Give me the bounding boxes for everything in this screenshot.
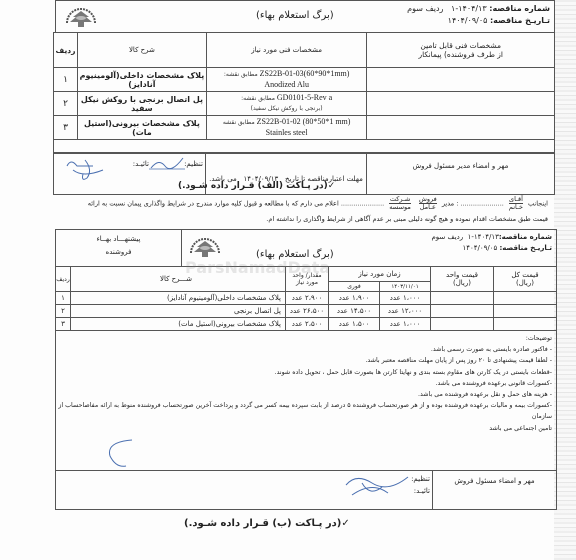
approved-label: تائیـد:	[414, 487, 430, 495]
table-row: ۱،۰۰۰ عدد ۱،۵۰۰ عدد ۲،۵۰۰ عدد پلاک مشخصا…	[56, 318, 557, 331]
note-item: - هزینه های حمل و نقل برعهده فروشنده می …	[56, 389, 552, 400]
note-item: -کسورات قانونی برعهده فروشنده می باشد.	[56, 378, 552, 389]
tech-spec-cell: GD0101-5-Rev a مطابق نقشه:(برنجی با روکش…	[206, 92, 367, 116]
supplier-spec-cell[interactable]	[367, 116, 555, 140]
description-cell: پلاک مشخصات داخلی(آلومینیوم آنادایز)	[78, 68, 207, 92]
note-item: - لطفا قیمت پیشنهادی تا ۲۰ روز پس از پای…	[56, 355, 552, 366]
table-row: GD0101-5-Rev a مطابق نقشه:(برنجی با روکش…	[54, 92, 555, 116]
dated-qty-cell: ۱۲،۰۰۰ عدد	[380, 305, 431, 318]
price-inquiry-form-a: شماره مناقصه: ۱۴۰۴/۱۳-۱ ردیف سوم تـاریـخ…	[55, 0, 555, 195]
note-item: - فاکتور صادره بایستی به صورت رسمی باشد.	[56, 344, 552, 355]
tender-date-label: تـاریـخ مناقصه:	[490, 16, 550, 25]
urgent-qty-cell: ۱،۵۰۰ عدد	[329, 318, 380, 331]
table-row: ZS22B-01-03(60*90*1mm) مطابق نقشه:Anodiz…	[54, 68, 555, 92]
approval-cell: تنظیم: تائیـد:	[56, 471, 433, 510]
tender-date: ۱۴۰۴/۰۹/۰۵	[448, 16, 488, 25]
form-a-header: شماره مناقصه: ۱۴۰۴/۱۳-۱ ردیف سوم تـاریـخ…	[55, 0, 555, 32]
tech-spec-cell: ZS22B-01-02 (80*50*1 mm) مطابق نقشهStain…	[206, 116, 367, 140]
supplier-spec-cell[interactable]	[367, 68, 555, 92]
row-label: ردیف سوم	[407, 4, 443, 13]
notes-section: توضیحات: - فاکتور صادره بایستی به صورت ر…	[55, 331, 557, 471]
company-logo-icon	[64, 3, 98, 31]
tech-spec-cell: ZS22B-01-03(60*90*1mm) مطابق نقشه:Anodiz…	[206, 68, 367, 92]
index-cell: ۱	[56, 292, 71, 305]
signature-icon	[342, 471, 412, 503]
description-cell: پل اتصال برنجی با روکش نیکل سفید	[78, 92, 207, 116]
index-cell: ۳	[56, 318, 71, 331]
col-total-price: قیمت کل(ریال)	[494, 267, 557, 292]
form-a-meta: شماره مناقصه: ۱۴۰۴/۱۳-۱ ردیف سوم تـاریـخ…	[407, 3, 550, 27]
sales-manager-seal: مهر و امضاء مدیر مسئول فروش	[367, 154, 555, 195]
description-cell: پلاک مشخصات بیرونی(استیل مات)	[71, 318, 286, 331]
signature-loop-icon	[102, 438, 136, 468]
declaration-line2: قیمت طبق مشخصات اقدام نموده و هیچ گونه د…	[266, 214, 548, 225]
col-index: ردیف	[56, 267, 71, 292]
index-cell: ۱	[54, 68, 78, 92]
qty-cell: ۲،۹۰۰ عدد	[286, 292, 329, 305]
sales-manager-seal: مهر و امضاء مسئول فروش	[433, 471, 557, 510]
note-item: -کسورات بیمه و مالیات برعهده فروشنده بود…	[56, 400, 552, 422]
urgent-qty-cell: ۱،۹۰۰ عدد	[329, 292, 380, 305]
note-item: -قطعات بایستی در یک کارتن های مقاوم بسته…	[56, 367, 552, 378]
scan-edge	[554, 0, 576, 560]
description-cell: پل اتصال برنجی	[71, 305, 286, 318]
col-index: ردیف	[54, 33, 78, 68]
col-delivery-time: زمان مورد نیاز	[329, 267, 431, 282]
prepared-label: تنظیم:	[411, 475, 430, 483]
approved-label: تائیـد:	[133, 160, 149, 168]
prepared-label: تنظیم:	[184, 160, 203, 168]
total-price-cell[interactable]	[494, 305, 557, 318]
total-price-cell[interactable]	[494, 318, 557, 331]
tender-document-page: شماره مناقصه: ۱۴۰۴/۱۳-۱ ردیف سوم تـاریـخ…	[0, 0, 576, 560]
company-logo-icon	[188, 233, 222, 261]
total-price-cell[interactable]	[494, 292, 557, 305]
col-tech-spec: مشخصات فنی مورد نیاز	[206, 33, 367, 68]
signature-icon	[63, 156, 113, 184]
form-b-meta: شماره مناقصه:۱۴۰۴/۱۳-۱ ردیف سوم تـاریـخ …	[431, 232, 552, 254]
form-title: (برگ استعلام بهاء)	[256, 10, 334, 21]
watermark: ParsNamadData	[185, 258, 330, 277]
table-row: ۱۲،۰۰۰ عدد ۱۴،۵۰۰ عدد ۲۶،۵۰۰ عدد پل اتصا…	[56, 305, 557, 318]
col-description: شرح کالا	[78, 33, 207, 68]
index-cell: ۳	[54, 116, 78, 140]
description-cell: پلاک مشخصات داخلی(آلومینیوم آنادایز)	[71, 292, 286, 305]
unit-price-cell[interactable]	[431, 318, 494, 331]
col-delivery-urgent: فوری	[329, 282, 380, 292]
unit-price-cell[interactable]	[431, 305, 494, 318]
description-cell: پلاک مشخصات بیرونی(استیل مات)	[78, 116, 207, 140]
table-row: ZS22B-01-02 (80*50*1 mm) مطابق نقشهStain…	[54, 116, 555, 140]
table-row: ۱،۰۰۰ عدد ۱،۹۰۰ عدد ۲،۹۰۰ عدد پلاک مشخصا…	[56, 292, 557, 305]
qty-cell: ۲،۵۰۰ عدد	[286, 318, 329, 331]
seller-price-proposal-header: پیشنهـــاد بهــاءفروشنده	[56, 230, 182, 266]
form-a-table: مشخصات فنی قابل تامیناز طرف فروشنده) پیم…	[53, 32, 555, 153]
declaration: اینجانب آقـایخـانم .....................…	[88, 196, 548, 211]
notes-title: توضیحات:	[56, 333, 552, 344]
signature-icon	[149, 154, 185, 174]
unit-price-cell[interactable]	[431, 292, 494, 305]
packet-b-note: ✓(در پـاکت (ب) قـرار داده شـود.)	[184, 518, 350, 529]
qty-cell: ۲۶،۵۰۰ عدد	[286, 305, 329, 318]
index-cell: ۲	[56, 305, 71, 318]
dated-qty-cell: ۱،۰۰۰ عدد	[380, 318, 431, 331]
col-supplier-spec: مشخصات فنی قابل تامیناز طرف فروشنده) پیم…	[367, 33, 555, 68]
table-header-row: مشخصات فنی قابل تامیناز طرف فروشنده) پیم…	[54, 33, 555, 68]
tender-number: ۱۴۰۴/۱۳-۱	[451, 4, 487, 13]
packet-a-note: ✓(در پـاکت (الف) قـرار داده شـود.)	[178, 181, 335, 191]
note-item: تامین اجتماعی می باشد	[56, 423, 552, 434]
tender-number-label: شماره مناقصه:	[489, 4, 550, 13]
blank-row	[54, 140, 555, 153]
urgent-qty-cell: ۱۴،۵۰۰ عدد	[329, 305, 380, 318]
col-delivery-date: ۱۴۰۳/۱۱/۰۱	[380, 282, 431, 292]
supplier-spec-cell[interactable]	[367, 92, 555, 116]
col-unit-price: قیمت واحد(ریال)	[431, 267, 494, 292]
form-b-footer: مهر و امضاء مسئول فروش تنظیم: تائیـد:	[55, 470, 557, 510]
index-cell: ۲	[54, 92, 78, 116]
dated-qty-cell: ۱،۰۰۰ عدد	[380, 292, 431, 305]
